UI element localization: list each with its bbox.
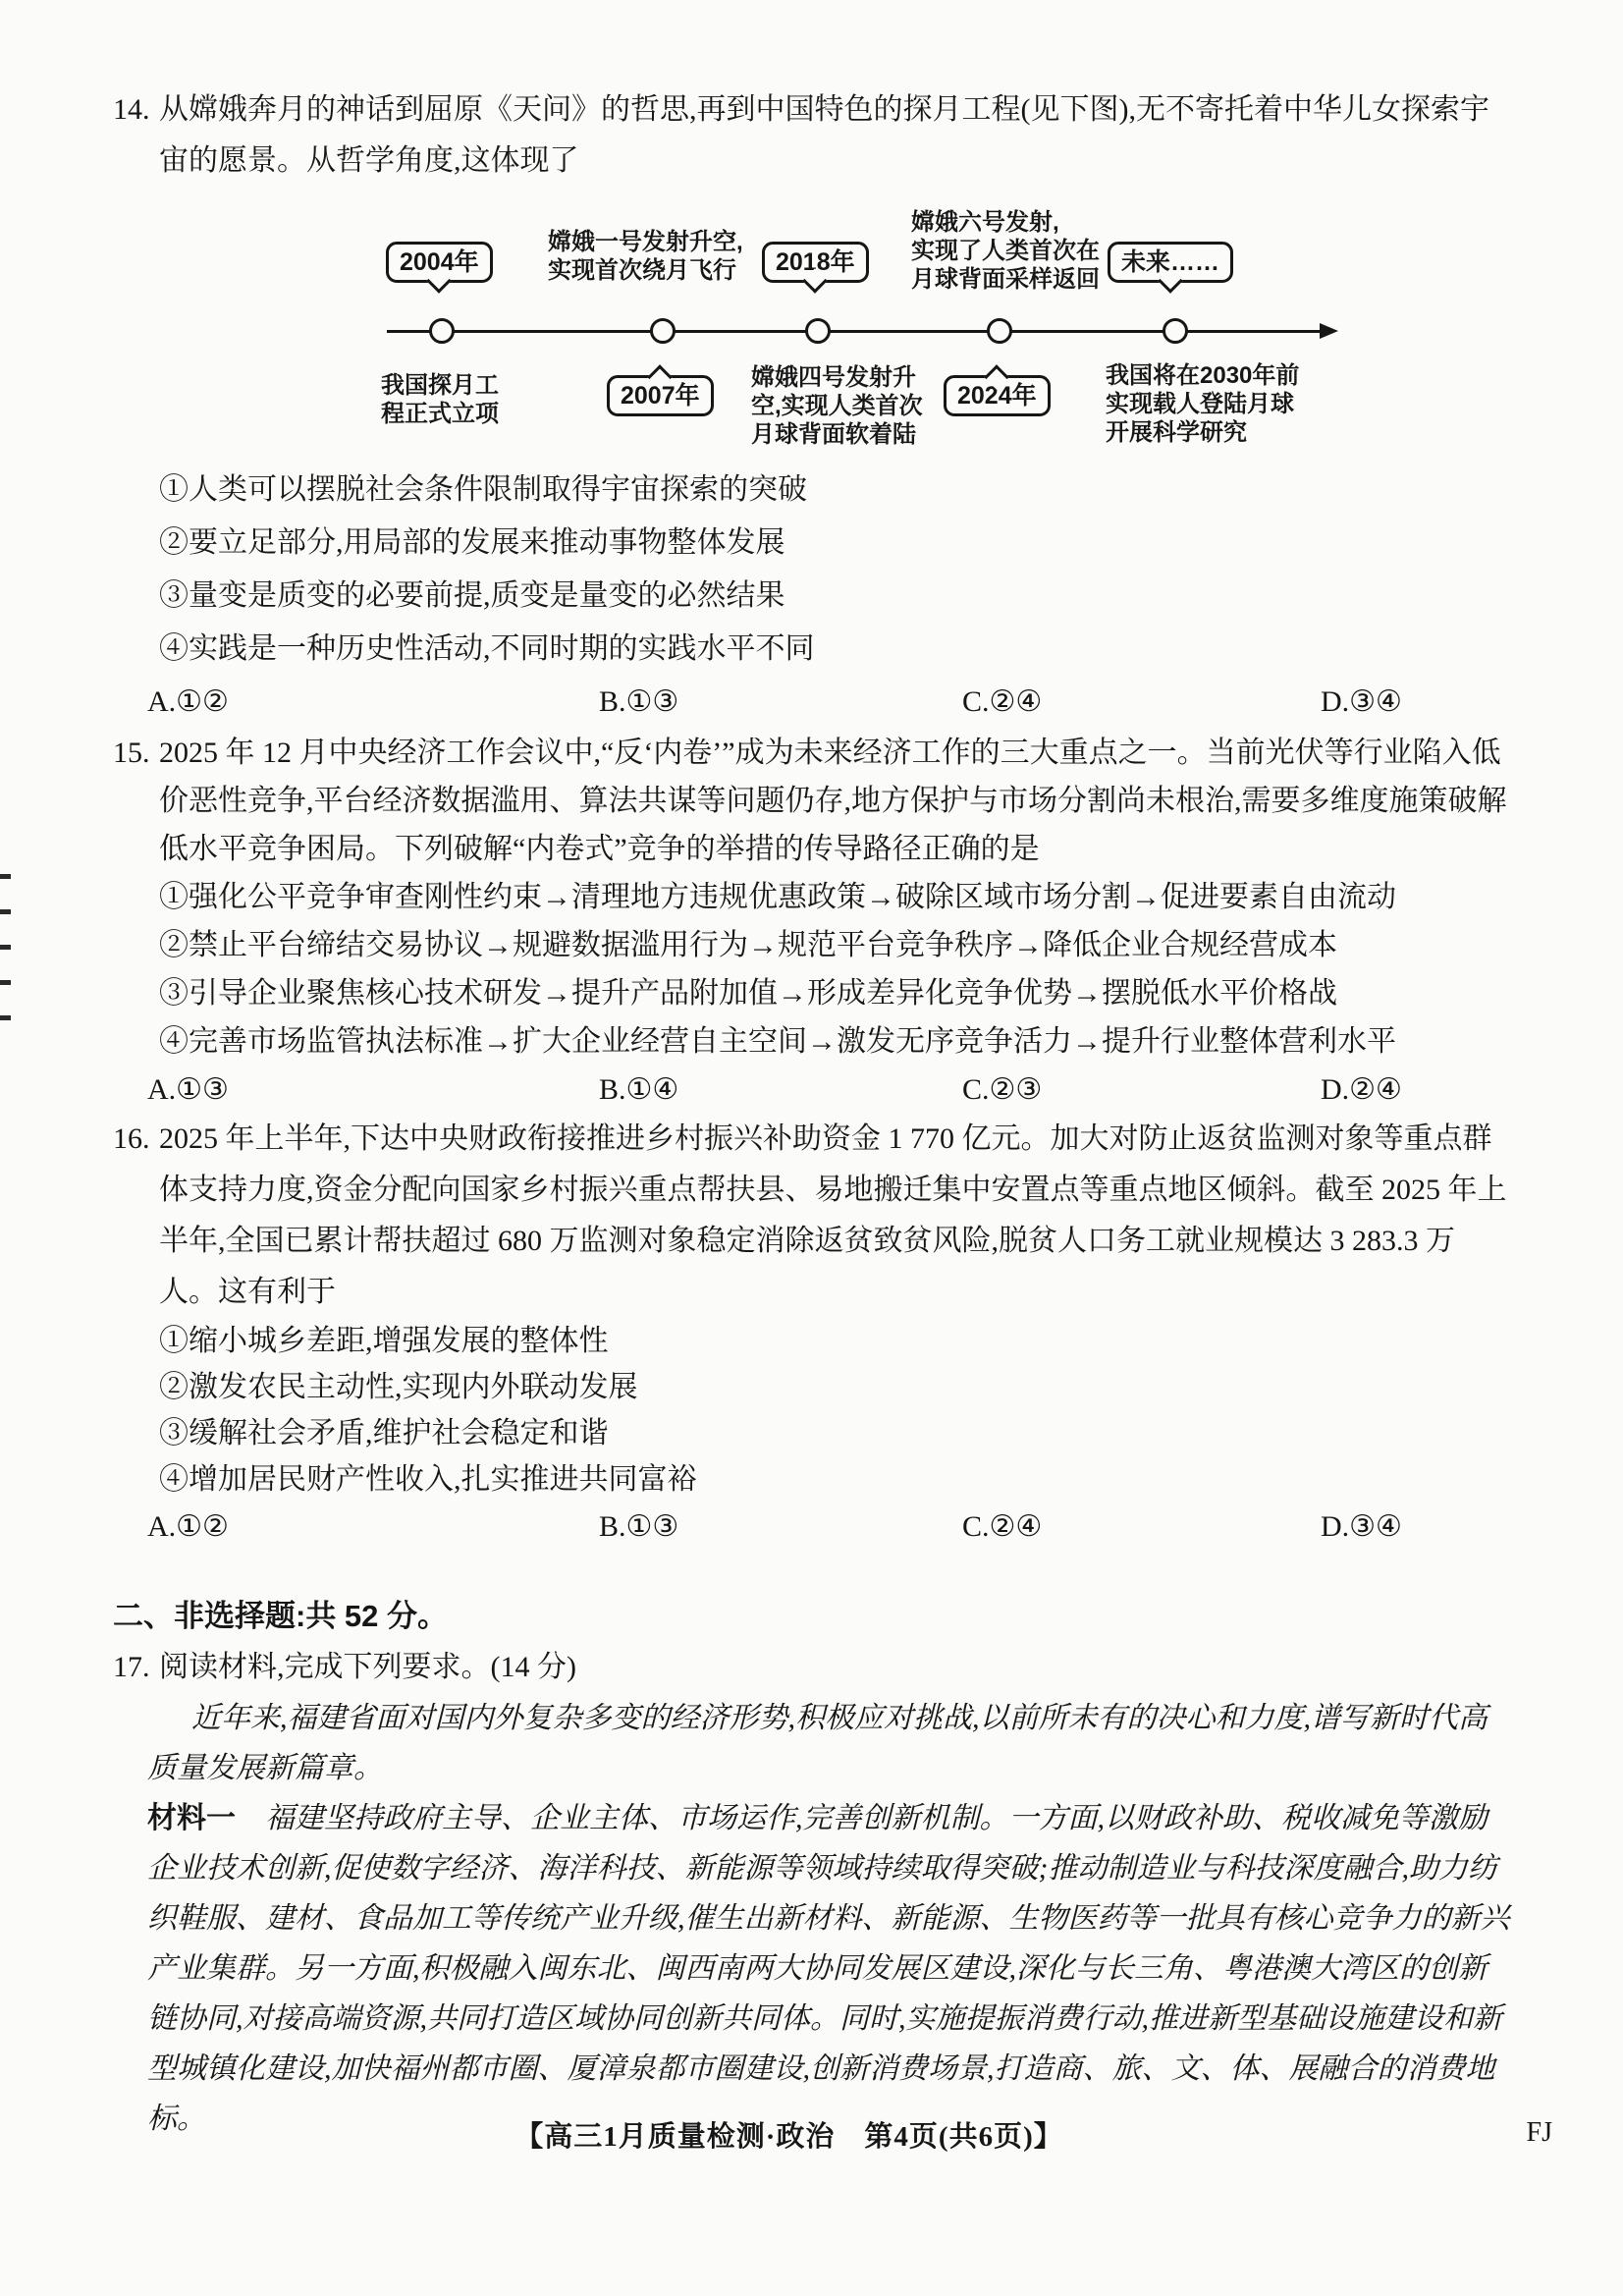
q15-answer-row: A.①③ B.①④ C.②③ D.②④ <box>147 1066 1512 1114</box>
timeline-bubble-future: 未来…… <box>1108 242 1233 283</box>
q16-answer-d: D.③④ <box>1321 1503 1402 1552</box>
q15-option-3: ③引导企业聚焦核心技术研发→提升产品附加值→形成差异化竞争优势→摆脱低水平价格战 <box>159 969 1512 1017</box>
question-14: 14. 从嫦娥奔月的神话到屈原《天问》的哲思,再到中国特色的探月工程(见下图),… <box>113 84 1512 729</box>
timeline-bubble-2018: 2018年 <box>762 242 869 283</box>
q17-material-1: 材料一福建坚持政府主导、企业主体、市场运作,完善创新机制。一方面,以财政补助、税… <box>147 1793 1512 2144</box>
q15-answer-b: B.①④ <box>599 1066 962 1114</box>
scan-artifact-mark <box>0 945 11 950</box>
q16-option-3: ③缓解社会矛盾,维护社会稳定和谐 <box>159 1410 1512 1456</box>
timeline-node-2018 <box>805 318 831 344</box>
timeline-label-change1: 嫦娥一号发射升空, 实现首次绕月飞行 <box>548 228 743 285</box>
q14-answer-c: C.②④ <box>962 676 1321 729</box>
q14-options: ①人类可以摆脱社会条件限制取得宇宙探索的突破 ②要立足部分,用局部的发展来推动事… <box>113 464 1512 676</box>
timeline-node-2007 <box>650 318 676 344</box>
footer-code: FJ <box>1527 2113 1552 2153</box>
q14-option-1: ①人类可以摆脱社会条件限制取得宇宙探索的突破 <box>159 464 1512 517</box>
q17-title-row: 17. 阅读材料,完成下列要求。(14 分) <box>113 1642 1512 1693</box>
scan-artifact-mark <box>0 1015 11 1020</box>
q14-number: 14. <box>113 84 159 187</box>
question-15: 15. 2025 年 12 月中央经济工作会议中,“反‘内卷’”成为未来经济工作… <box>113 729 1512 1114</box>
q14-stem-row: 14. 从嫦娥奔月的神话到屈原《天问》的哲思,再到中国特色的探月工程(见下图),… <box>113 84 1512 187</box>
q16-answer-b: B.①③ <box>599 1503 962 1552</box>
timeline-bubble-2004: 2004年 <box>386 242 493 283</box>
q17-title: 阅读材料,完成下列要求。(14 分) <box>159 1642 1512 1693</box>
q15-option-1: ①强化公平竞争审查刚性约束→清理地方违规优惠政策→破除区域市场分割→促进要素自由… <box>159 873 1512 921</box>
q14-answer-row: A.①② B.①③ C.②④ D.③④ <box>147 676 1512 729</box>
q15-options: ①强化公平竞争审查刚性约束→清理地方违规优惠政策→破除区域市场分割→促进要素自由… <box>113 873 1512 1066</box>
timeline-label-2030: 我国将在2030年前 实现载人登陆月球 开展科学研究 <box>1106 361 1299 447</box>
timeline-node-2024 <box>987 318 1012 344</box>
question-16: 16. 2025 年上半年,下达中央财政衔接推进乡村振兴补助资金 1 770 亿… <box>113 1114 1512 1552</box>
material-1-label: 材料一 <box>147 1802 236 1834</box>
timeline-label-project: 我国探月工 程正式立项 <box>381 371 499 428</box>
q16-answer-a: A.①② <box>147 1503 599 1552</box>
timeline-label-change4: 嫦娥四号发射升 空,实现人类首次 月球背面软着陆 <box>751 363 923 449</box>
footer-title-page: 【高三1月质量检测·政治 第4页(共6页)】 <box>514 2121 1063 2153</box>
q16-option-4: ④增加居民财产性收入,扎实推进共同富裕 <box>159 1456 1512 1503</box>
q16-option-2: ②激发农民主动性,实现内外联动发展 <box>159 1364 1512 1410</box>
exam-page: 14. 从嫦娥奔月的神话到屈原《天问》的哲思,再到中国特色的探月工程(见下图),… <box>0 0 1623 2296</box>
q15-option-4: ④完善市场监管执法标准→扩大企业经营自主空间→激发无序竞争活力→提升行业整体营利… <box>159 1017 1512 1066</box>
timeline-arrowhead-icon <box>1320 323 1338 339</box>
section-2-header: 二、非选择题:共 52 分。 <box>113 1591 1512 1642</box>
q14-option-4: ④实践是一种历史性活动,不同时期的实践水平不同 <box>159 623 1512 676</box>
q14-option-2: ②要立足部分,用局部的发展来推动事物整体发展 <box>159 517 1512 570</box>
q15-option-2: ②禁止平台缔结交易协议→规避数据滥用行为→规范平台竞争秩序→降低企业合规经营成本 <box>159 921 1512 969</box>
q16-answer-c: C.②④ <box>962 1503 1321 1552</box>
material-1-text: 福建坚持政府主导、企业主体、市场运作,完善创新机制。一方面,以财政补助、税收减免… <box>147 1802 1510 2135</box>
q15-answer-c: C.②③ <box>962 1066 1321 1114</box>
timeline-bubble-2007: 2007年 <box>607 375 714 416</box>
q16-number: 16. <box>113 1114 159 1318</box>
timeline-label-change6: 嫦娥六号发射, 实现了人类首次在 月球背面采样返回 <box>911 208 1100 294</box>
q14-answer-d: D.③④ <box>1321 676 1402 729</box>
question-17: 17. 阅读材料,完成下列要求。(14 分) 近年来,福建省面对国内外复杂多变的… <box>113 1642 1512 2144</box>
q14-stem: 从嫦娥奔月的神话到屈原《天问》的哲思,再到中国特色的探月工程(见下图),无不寄托… <box>159 84 1512 187</box>
timeline-bubble-2024: 2024年 <box>944 375 1051 416</box>
q17-intro-paragraph: 近年来,福建省面对国内外复杂多变的经济形势,积极应对挑战,以前所未有的决心和力度… <box>147 1693 1512 1793</box>
page-content: 14. 从嫦娥奔月的神话到屈原《天问》的哲思,再到中国特色的探月工程(见下图),… <box>113 84 1512 2144</box>
q14-option-3: ③量变是质变的必要前提,质变是量变的必然结果 <box>159 570 1512 623</box>
q16-stem: 2025 年上半年,下达中央财政衔接推进乡村振兴补助资金 1 770 亿元。加大… <box>159 1114 1512 1318</box>
q17-number: 17. <box>113 1642 159 1693</box>
q15-number: 15. <box>113 729 159 873</box>
scan-artifact-mark <box>0 874 11 879</box>
q16-answer-row: A.①② B.①③ C.②④ D.③④ <box>147 1503 1512 1552</box>
page-footer: 【高三1月质量检测·政治 第4页(共6页)】 FJ <box>0 2117 1623 2157</box>
q14-timeline-diagram: 2004年 嫦娥一号发射升空, 实现首次绕月飞行 2018年 嫦娥六号发射, 实… <box>393 206 1384 460</box>
scan-artifact-mark <box>0 980 11 985</box>
q16-options: ①缩小城乡差距,增强发展的整体性 ②激发农民主动性,实现内外联动发展 ③缓解社会… <box>113 1318 1512 1503</box>
q16-stem-row: 16. 2025 年上半年,下达中央财政衔接推进乡村振兴补助资金 1 770 亿… <box>113 1114 1512 1318</box>
q15-stem: 2025 年 12 月中央经济工作会议中,“反‘内卷’”成为未来经济工作的三大重… <box>159 729 1512 873</box>
q15-answer-a: A.①③ <box>147 1066 599 1114</box>
q15-answer-d: D.②④ <box>1321 1066 1402 1114</box>
q15-stem-row: 15. 2025 年 12 月中央经济工作会议中,“反‘内卷’”成为未来经济工作… <box>113 729 1512 873</box>
q16-option-1: ①缩小城乡差距,增强发展的整体性 <box>159 1318 1512 1364</box>
timeline-node-2004 <box>429 318 455 344</box>
q14-answer-a: A.①② <box>147 676 599 729</box>
scan-artifact-mark <box>0 909 11 914</box>
q14-answer-b: B.①③ <box>599 676 962 729</box>
timeline-node-future <box>1163 318 1188 344</box>
